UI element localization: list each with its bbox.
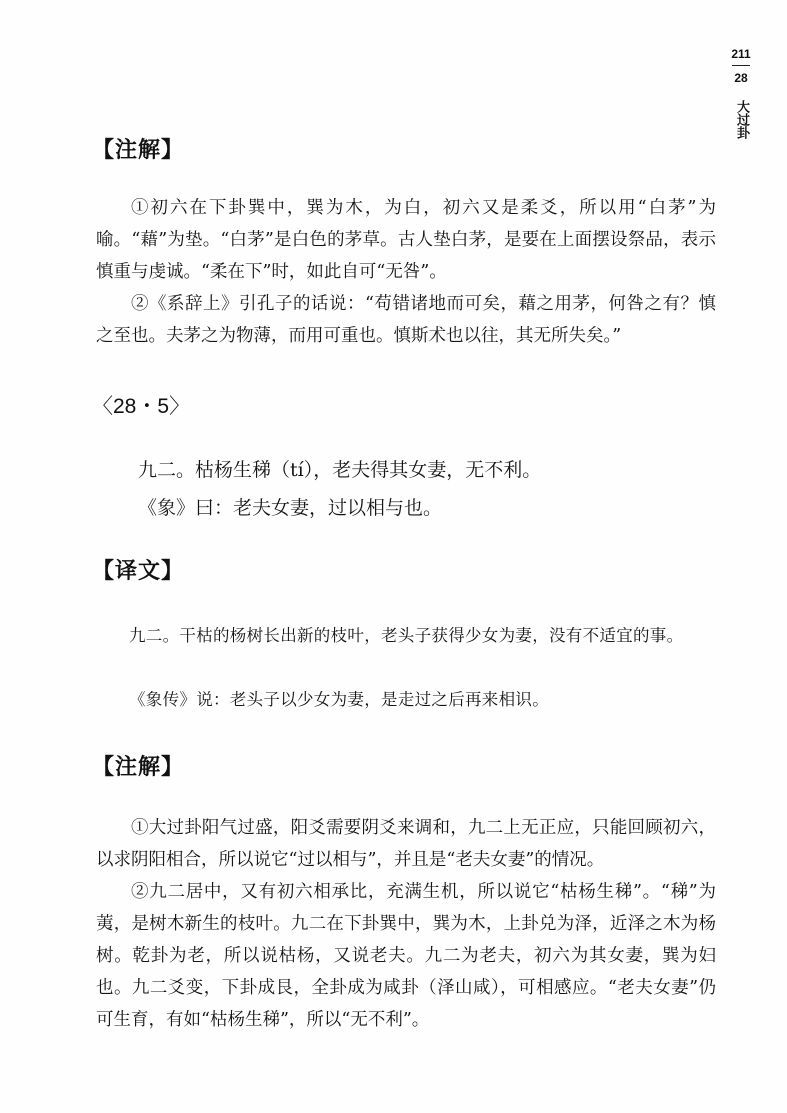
note1-paragraph-2: ②《系辞上》引孔子的话说：“苟错诸地而可矣，藉之用茅，何咎之有？慎之至也。夫茅之… xyxy=(96,288,716,352)
note2-paragraph-2: ②九二居中，又有初六相承比，充满生机，所以说它“枯杨生稊”。“稊”为荑，是树木新… xyxy=(96,876,716,1036)
page-number: 211 xyxy=(726,46,756,62)
note1-paragraph-1: ①初六在下卦巽中，巽为木，为白，初六又是柔爻，所以用“白茅”为喻。“藉”为垫。“… xyxy=(96,192,716,288)
translation-paragraph-1: 九二。干枯的杨树长出新的枝叶，老头子获得少女为妻，没有不适宜的事。 xyxy=(96,620,716,652)
verse-line-2: 《象》曰：老夫女妻，过以相与也。 xyxy=(138,490,442,526)
section-heading-notes-2: 【注解】 xyxy=(92,750,184,781)
verse-line-1: 九二。枯杨生稊（tí），老夫得其女妻，无不利。 xyxy=(138,452,541,488)
section-heading-notes-1: 【注解】 xyxy=(92,133,184,164)
chapter-number: 28 xyxy=(726,70,756,86)
note2-paragraph-1: ①大过卦阳气过盛，阳爻需要阴爻来调和，九二上无正应，只能回顾初六，以求阴阳相合，… xyxy=(96,812,716,876)
entry-number: 〈28・5〉 xyxy=(92,390,190,420)
running-head: 211 28 大过卦 xyxy=(726,46,756,139)
book-page: 211 28 大过卦 【注解】 ①初六在下卦巽中，巽为木，为白，初六又是柔爻，所… xyxy=(0,0,787,1113)
running-head-divider xyxy=(732,65,750,66)
translation-paragraph-2: 《象传》说：老头子以少女为妻，是走过之后再来相识。 xyxy=(96,684,716,716)
section-heading-translation: 【译文】 xyxy=(92,554,184,585)
chapter-title: 大过卦 xyxy=(734,100,748,139)
